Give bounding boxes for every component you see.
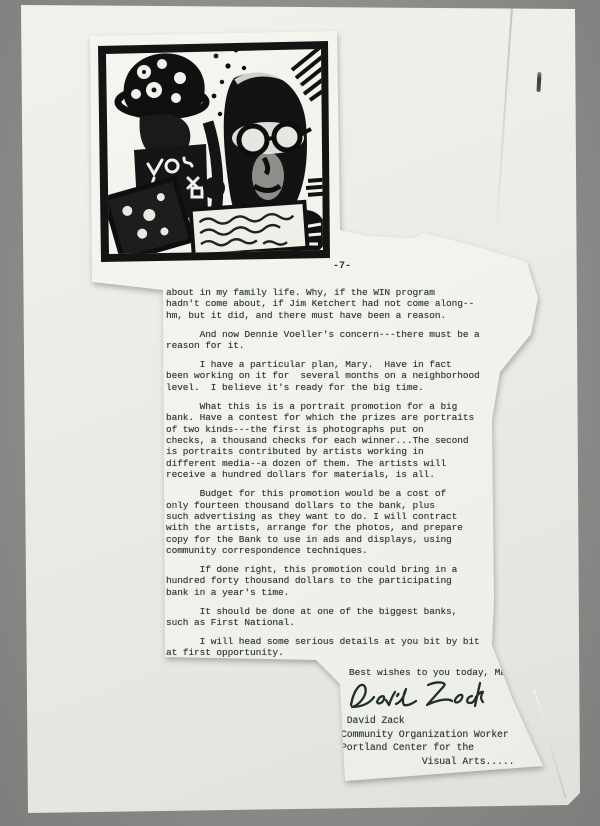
handwritten-signature [344, 676, 496, 716]
letter-body: about in my family life. Why, if the WIN… [166, 287, 480, 666]
paragraph: It should be done at one of the biggest … [166, 606, 480, 629]
letter-cutout-shadow: -7- about in my family life. Why, if the… [0, 0, 600, 826]
letter-cutout: -7- about in my family life. Why, if the… [0, 0, 600, 826]
page-number: -7- [318, 261, 366, 273]
signature-block: David Zack Community Organization Worker… [341, 714, 514, 768]
paragraph: about in my family life. Why, if the WIN… [166, 287, 480, 321]
paragraph: I have a particular plan, Mary. Have in … [166, 359, 480, 393]
paragraph: If done right, this promotion could brin… [166, 564, 480, 598]
woodcut-print-icon [96, 38, 332, 264]
paragraph: Budget for this promotion would be a cos… [166, 488, 480, 556]
paragraph: I will head some serious details at you … [166, 636, 480, 659]
paragraph: And now Dennie Voeller's concern---there… [166, 329, 480, 352]
paragraph: What this is is a portrait promotion for… [166, 401, 480, 481]
